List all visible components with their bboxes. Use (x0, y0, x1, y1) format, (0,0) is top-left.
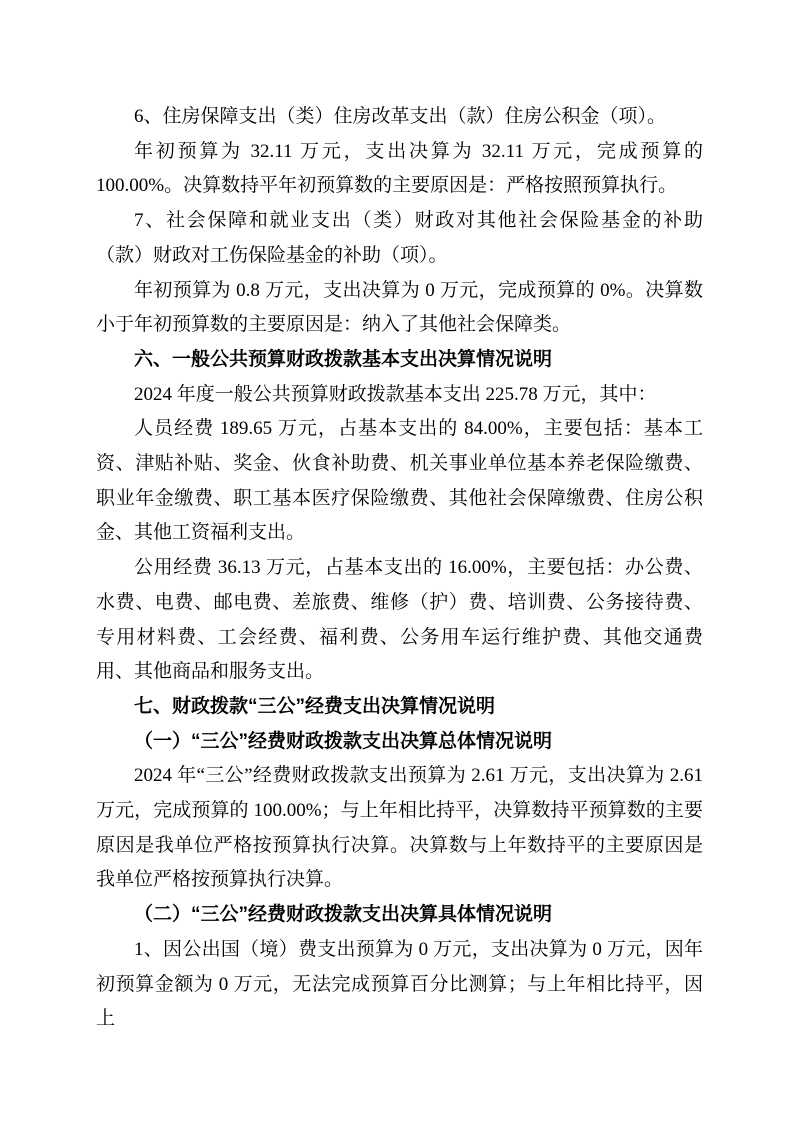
paragraph-personnel-funds: 人员经费 189.65 万元，占基本支出的 84.00%，主要包括：基本工资、津… (96, 412, 703, 551)
paragraph-three-public-overall: 2024 年“三公”经费财政拨款支出预算为 2.61 万元，支出决算为 2.61… (96, 759, 703, 898)
subsection-heading-7-2: （二）“三公”经费财政拨款支出决算具体情况说明 (96, 898, 703, 933)
paragraph-social-security-item7-detail: 年初预算为 0.8 万元，支出决算为 0 万元，完成预算的 0%。决算数小于年初… (96, 274, 703, 343)
subsection-heading-7-1: （一）“三公”经费财政拨款支出决算总体情况说明 (96, 725, 703, 760)
paragraph-basic-expenditure-total: 2024 年度一般公共预算财政拨款基本支出 225.78 万元，其中： (96, 378, 703, 413)
section-heading-7: 七、财政拨款“三公”经费支出决算情况说明 (96, 690, 703, 725)
paragraph-housing-item6: 6、住房保障支出（类）住房改革支出（款）住房公积金（项）。 (96, 100, 703, 135)
paragraph-overseas-trips: 1、因公出国（境）费支出预算为 0 万元，支出决算为 0 万元，因年初预算金额为… (96, 933, 703, 1037)
paragraph-public-funds: 公用经费 36.13 万元，占基本支出的 16.00%，主要包括：办公费、水费、… (96, 551, 703, 690)
section-heading-6: 六、一般公共预算财政拨款基本支出决算情况说明 (96, 343, 703, 378)
paragraph-social-security-item7: 7、社会保障和就业支出（类）财政对其他社会保险基金的补助（款）财政对工伤保险基金… (96, 204, 703, 273)
document-body: 6、住房保障支出（类）住房改革支出（款）住房公积金（项）。 年初预算为 32.1… (96, 100, 703, 1037)
paragraph-housing-item6-detail: 年初预算为 32.11 万元，支出决算为 32.11 万元，完成预算的 100.… (96, 135, 703, 204)
document-page: 6、住房保障支出（类）住房改革支出（款）住房公积金（项）。 年初预算为 32.1… (0, 0, 793, 1122)
